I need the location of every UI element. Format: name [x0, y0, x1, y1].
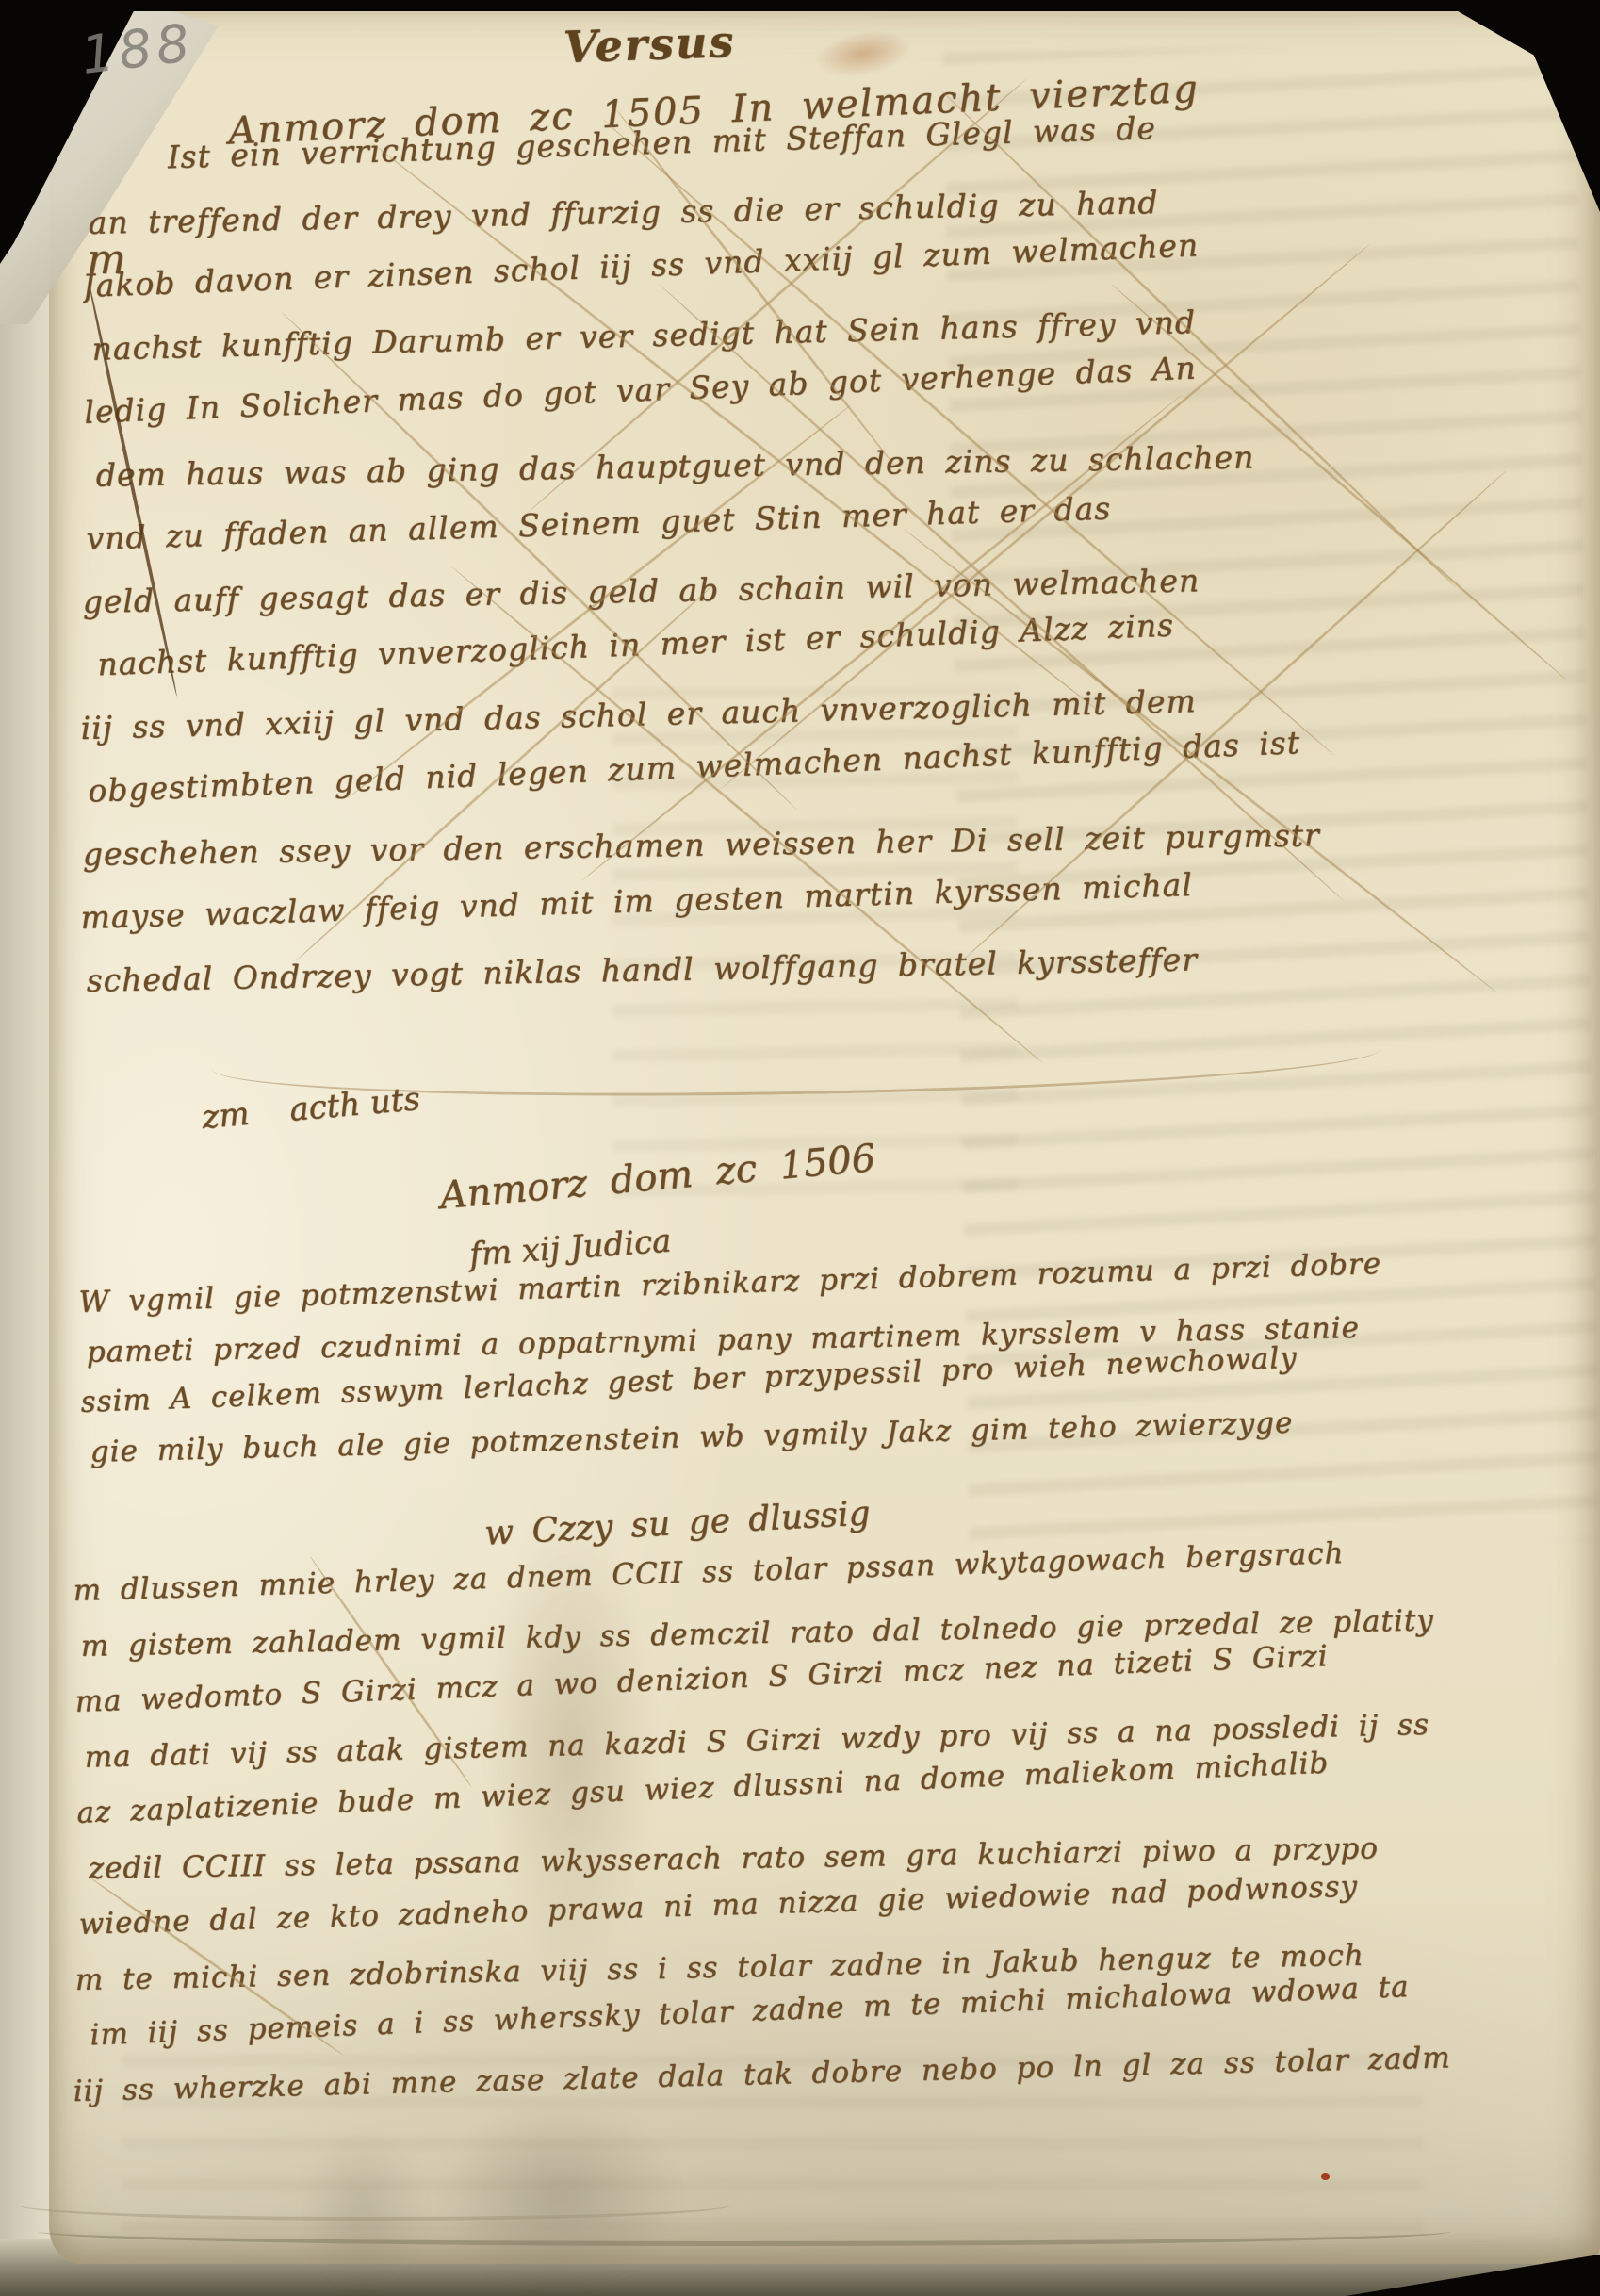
entry-1506-intro: W vgmil gie potmzenstwi martin rzibnikar…	[79, 1286, 1542, 1485]
entry-1506-debt-list: m dlussen mnie hrley za dnem CCII ss tol…	[73, 1574, 1555, 2130]
red-speck	[1321, 2173, 1330, 2180]
entry-1505-body: Ist ein verrichtung geschehen mit Steffa…	[81, 141, 1528, 1025]
deckle-edge-lower	[38, 2217, 1451, 2246]
deckle-edge	[17, 2189, 733, 2221]
page-heading: Versus	[563, 16, 736, 73]
background-top-strip	[0, 0, 1600, 11]
manuscript-scan: 188 Versus Anmorz dom zc 1505 In welmach…	[0, 0, 1600, 2296]
